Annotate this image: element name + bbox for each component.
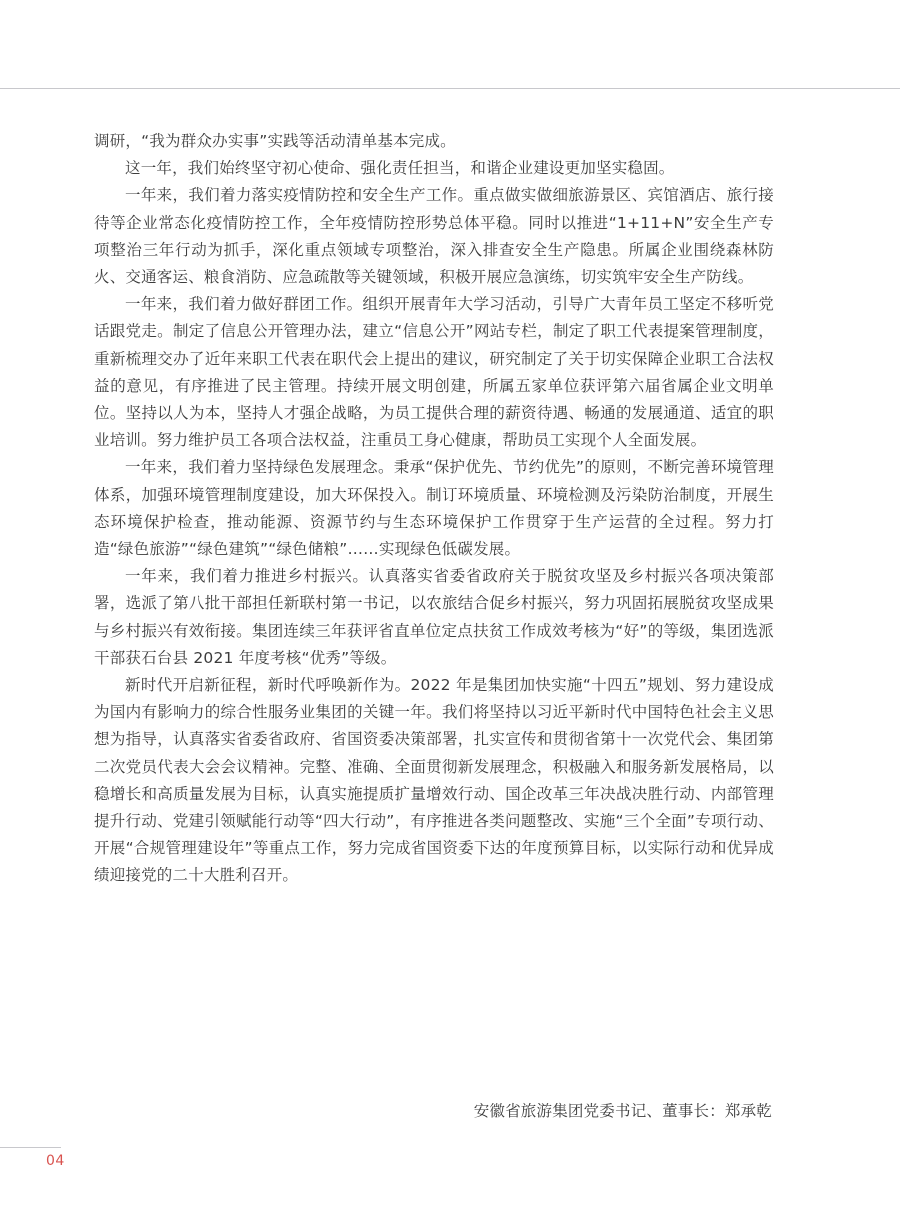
article-body: 调研，“我为群众办实事”实践等活动清单基本完成。 这一年，我们始终坚守初心使命、…	[94, 128, 774, 890]
paragraph-continuation: 调研，“我为群众办实事”实践等活动清单基本完成。	[94, 128, 774, 155]
footer-divider	[0, 1147, 61, 1148]
paragraph-outlook: 新时代开启新征程，新时代呼唤新作为。2022 年是集团加快实施“十四五”规划、努…	[94, 672, 774, 890]
author-signature: 安徽省旅游集团党委书记、董事长：郑承乾	[474, 1098, 772, 1125]
paragraph-safety: 一年来，我们着力落实疫情防控和安全生产工作。重点做实做细旅游景区、宾馆酒店、旅行…	[94, 182, 774, 291]
paragraph-rural-revitalization: 一年来，我们着力推进乡村振兴。认真落实省委省政府关于脱贫攻坚及乡村振兴各项决策部…	[94, 563, 774, 672]
header-divider	[0, 88, 900, 89]
page-number: 04	[46, 1153, 65, 1169]
paragraph-green-development: 一年来，我们着力坚持绿色发展理念。秉承“保护优先、节约优先”的原则，不断完善环境…	[94, 454, 774, 563]
paragraph-mass-organizations: 一年来，我们着力做好群团工作。组织开展青年大学习活动，引导广大青年员工坚定不移听…	[94, 291, 774, 454]
paragraph-summary: 这一年，我们始终坚守初心使命、强化责任担当，和谐企业建设更加坚实稳固。	[94, 155, 774, 182]
